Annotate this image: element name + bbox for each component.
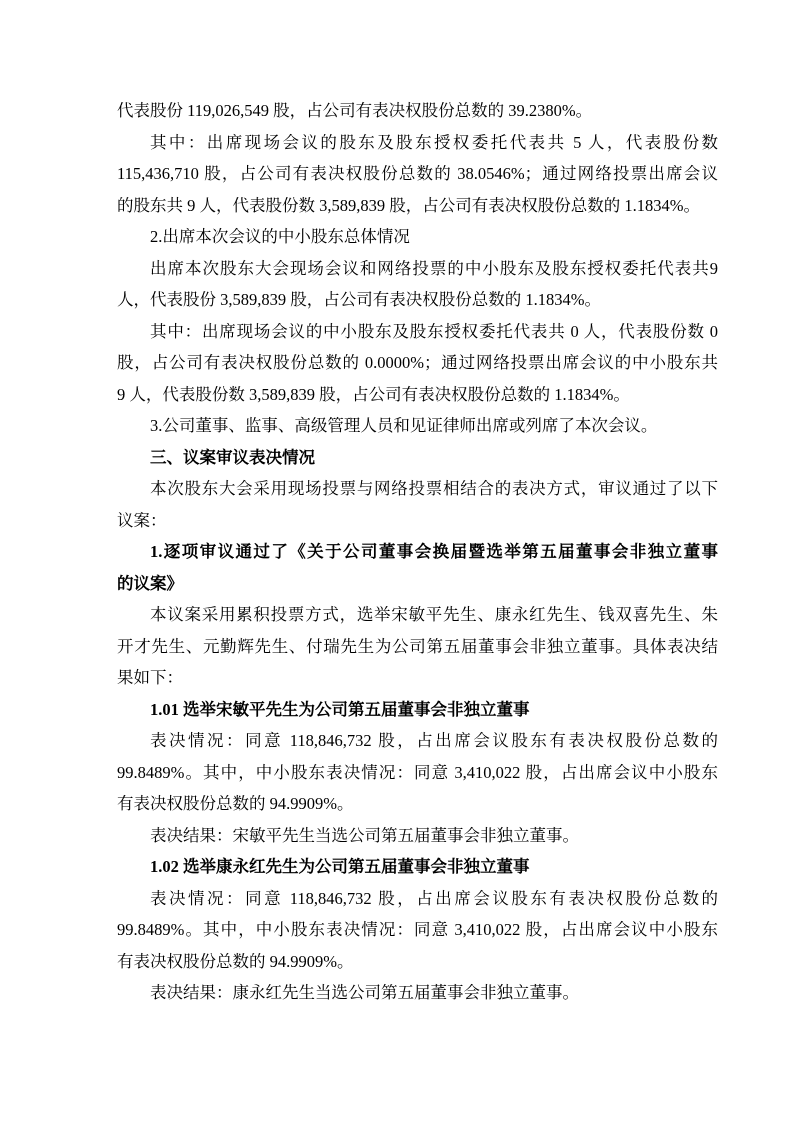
doc-heading-item-1-02: 1.02 选举康永红先生为公司第五届董事会非独立董事: [117, 851, 718, 883]
doc-line: 其中：出席现场会议的中小股东及股东授权委托代表共 0 人，代表股份数 0: [117, 316, 718, 348]
doc-line: 人，代表股份 3,589,839 股，占公司有表决权股份总数的 1.1834%。: [117, 284, 718, 316]
doc-line: 有表决权股份总数的 94.9909%。: [117, 946, 718, 978]
document-text-block: 代表股份 119,026,549 股，占公司有表决权股份总数的 39.2380%…: [117, 95, 718, 1009]
doc-line: 99.8489%。其中，中小股东表决情况：同意 3,410,022 股，占出席会…: [117, 914, 718, 946]
doc-line: 99.8489%。其中，中小股东表决情况：同意 3,410,022 股，占出席会…: [117, 757, 718, 789]
document-page: 代表股份 119,026,549 股，占公司有表决权股份总数的 39.2380%…: [0, 0, 793, 1122]
doc-line: 表决结果：康永红先生当选公司第五届董事会非独立董事。: [117, 977, 718, 1009]
doc-line: 表决情况：同意 118,846,732 股，占出席会议股东有表决权股份总数的: [117, 883, 718, 915]
doc-line: 的股东共 9 人，代表股份数 3,589,839 股，占公司有表决权股份总数的 …: [117, 190, 718, 222]
doc-line: 议案：: [117, 505, 718, 537]
doc-line: 代表股份 119,026,549 股，占公司有表决权股份总数的 39.2380%…: [117, 95, 718, 127]
doc-heading-section-3: 三、议案审议表决情况: [117, 442, 718, 474]
doc-heading-item-1-01: 1.01 选举宋敏平先生为公司第五届董事会非独立董事: [117, 694, 718, 726]
doc-line: 有表决权股份总数的 94.9909%。: [117, 788, 718, 820]
doc-line: 股，占公司有表决权股份总数的 0.0000%；通过网络投票出席会议的中小股东共: [117, 347, 718, 379]
doc-line: 出席本次股东大会现场会议和网络投票的中小股东及股东授权委托代表共9: [117, 253, 718, 285]
doc-heading-proposal-1-cont: 的议案》: [117, 568, 718, 600]
doc-line: 本议案采用累积投票方式，选举宋敏平先生、康永红先生、钱双喜先生、朱: [117, 599, 718, 631]
doc-line: 表决结果：宋敏平先生当选公司第五届董事会非独立董事。: [117, 820, 718, 852]
doc-line: 表决情况：同意 118,846,732 股，占出席会议股东有表决权股份总数的: [117, 725, 718, 757]
doc-line: 果如下：: [117, 662, 718, 694]
doc-line: 3.公司董事、监事、高级管理人员和见证律师出席或列席了本次会议。: [117, 410, 718, 442]
doc-line: 开才先生、元勤辉先生、付瑞先生为公司第五届董事会非独立董事。具体表决结: [117, 631, 718, 663]
doc-line: 本次股东大会采用现场投票与网络投票相结合的表决方式，审议通过了以下: [117, 473, 718, 505]
doc-line: 其中：出席现场会议的股东及股东授权委托代表共 5 人，代表股份数: [117, 127, 718, 159]
doc-line: 2.出席本次会议的中小股东总体情况: [117, 221, 718, 253]
doc-line: 9 人，代表股份数 3,589,839 股，占公司有表决权股份总数的 1.183…: [117, 379, 718, 411]
doc-line: 115,436,710 股，占公司有表决权股份总数的 38.0546%；通过网络…: [117, 158, 718, 190]
doc-heading-proposal-1: 1.逐项审议通过了《关于公司董事会换届暨选举第五届董事会非独立董事: [117, 536, 718, 568]
